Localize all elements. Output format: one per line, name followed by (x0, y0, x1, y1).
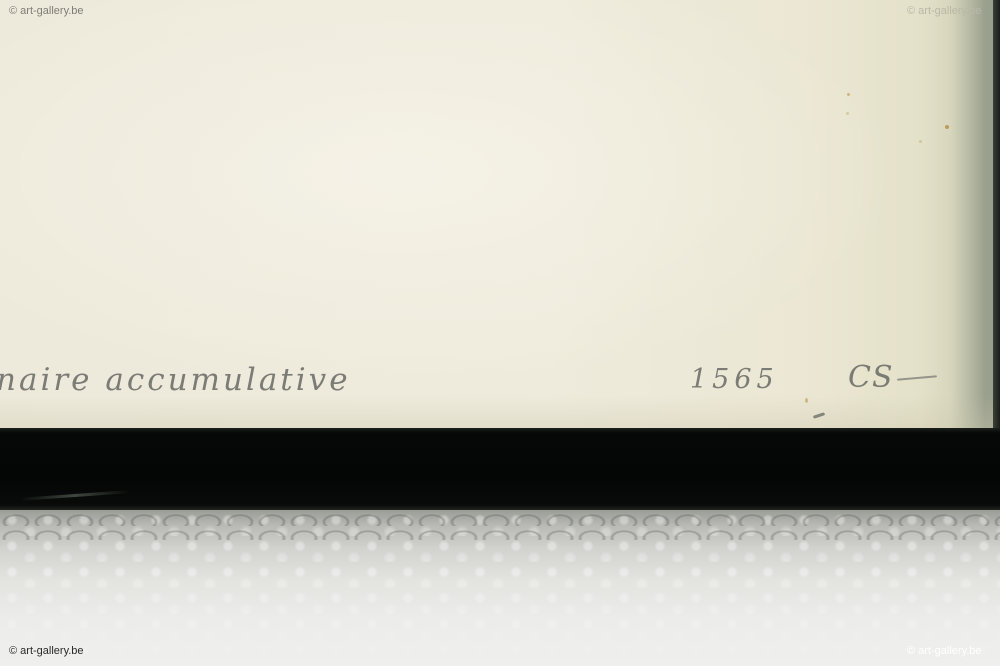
artwork-photo: naire accumulative 1565 CS © art-gallery… (0, 0, 1000, 666)
watermark-top-left: © art-gallery.be (9, 5, 84, 18)
foxing-spot (945, 125, 949, 129)
foxing-spot (919, 140, 922, 143)
frame-reflection (20, 490, 130, 501)
artwork-year-inscription: 1565 (690, 364, 779, 395)
foxing-spot (847, 93, 850, 96)
signature-flourish (897, 375, 937, 380)
bubble-wrap-surface (0, 510, 1000, 666)
artwork-paper: naire accumulative 1565 CS (0, 0, 1000, 430)
foxing-spot (846, 112, 849, 115)
watermark-bottom-right: © art-gallery.be (907, 645, 982, 658)
artwork-title-inscription: naire accumulative (0, 362, 351, 398)
paper-edge-shadow (0, 395, 1000, 430)
foxing-spot (805, 398, 808, 403)
watermark-bottom-left: © art-gallery.be (9, 645, 84, 658)
frame-bottom-rail (0, 428, 1000, 512)
frame-right-edge (993, 0, 1000, 430)
artist-signature: CS (848, 360, 894, 395)
watermark-top-right: © art-gallery.be (907, 5, 982, 18)
